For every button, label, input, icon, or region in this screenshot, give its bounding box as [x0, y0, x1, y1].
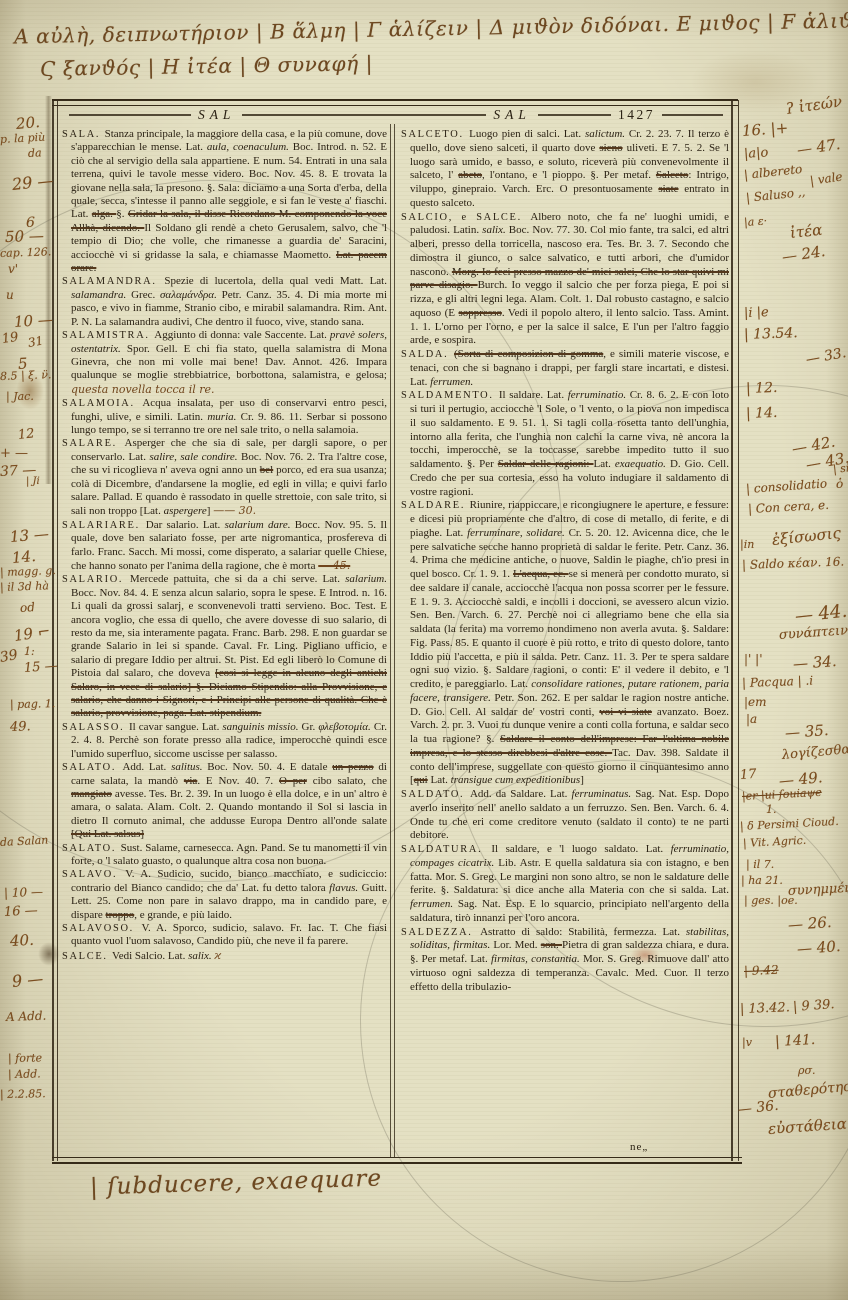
entry-text-segment: [Qui Lat. salsus] — [71, 828, 144, 840]
top-marginalia-line-2: Ϛ ξανϑός | Η ἰτέα | Θ συναφή | — [40, 51, 373, 81]
margin-note: 15 — — [23, 659, 58, 676]
entry-text-segment: §. — [116, 208, 128, 220]
margin-note: 1: — [24, 645, 35, 658]
entry-salce: SALCE. Vedi Salcio. Lat. salix. ϰ — [62, 949, 387, 963]
entry-text-segment: Lor. Med. — [493, 939, 540, 951]
margin-note: | 10 — — [4, 885, 43, 900]
entry-text-segment: Mercede pattuita, che si da a chi serve.… — [130, 573, 345, 585]
margin-note: | 13.42. — [740, 1000, 790, 1017]
entry-text-segment: transigue cum expeditionibus — [451, 774, 581, 786]
entry-text-segment: alga. — [92, 208, 116, 220]
margin-note: 9 — — [11, 969, 44, 991]
entry-text-segment: ϰ — [214, 949, 221, 962]
entry-text-segment: se si menerà per condotto murato, si dee… — [410, 568, 729, 690]
head-rule-segment — [662, 114, 723, 115]
entry-saldamento: SALDAMENTO. Il saldare. Lat. ferruminati… — [401, 389, 729, 499]
margin-note: ὁ — [836, 477, 843, 491]
entry-text-segment: Astratto di saldo: Stabilità, fermezza. … — [480, 926, 686, 938]
entry-text-segment: Add. Lat. — [122, 761, 171, 773]
entry-text-segment: qui — [414, 774, 428, 786]
margin-note: ρσ. — [798, 1064, 815, 1077]
margin-note: od — [20, 600, 36, 615]
entry-text-segment: Saldar delle ragioni: — [498, 458, 594, 470]
margin-note: 10 — — [13, 310, 53, 331]
head-rule-segment — [242, 114, 486, 115]
entry-salare: SALARE. Asperger che che sia di sale, pe… — [62, 437, 387, 518]
margin-note: | pag. 1. — [10, 697, 56, 711]
entry-text-segment: Il saldare, e 'l luogo saldato. Lat. — [491, 843, 670, 855]
margin-note: | 9.42 — [744, 963, 779, 978]
scanned-dictionary-page: Α αὐλὴ, δειπνωτήριον | Β ἅλμη | Γ ἁλίζει… — [0, 0, 848, 1300]
margin-note: λογίζεσθαι — [781, 742, 848, 763]
entry-salasso: SALASSO. Il cavar sangue. Lat. sanguinis… — [62, 721, 387, 761]
entry-text-segment: flavus. — [329, 882, 362, 894]
entry-text-segment: (Sorta di composizion di gomma — [454, 348, 603, 360]
headword: SALAVOSO. — [62, 923, 142, 934]
margin-note: | Saldo κέαν. 16. — [742, 554, 845, 572]
margin-note: | 141. — [775, 1032, 816, 1050]
entry-text-segment: Sag. Nat. Esp. E lo squarcio, principiat… — [410, 898, 729, 924]
headword: SALDEZZA. — [401, 927, 480, 938]
entry-text-segment: ferruminatus. — [572, 788, 636, 800]
margin-note: | 9 39. — [792, 997, 835, 1015]
margin-note: — 35. — [784, 721, 829, 742]
entry-saldato: SALDATO. Add. da Saldare. Lat. ferrumina… — [401, 788, 729, 843]
entry-saldare: SALDARE. Riunire, riappiccare, e ricongi… — [401, 499, 729, 788]
entry-text-segment: , e grande, e più laido. — [134, 909, 232, 921]
entry-text-segment: ] — [580, 774, 584, 786]
left-border-rule — [52, 100, 58, 1161]
right-border-rule — [731, 100, 739, 1161]
margin-note: | Jac. — [6, 390, 34, 403]
entry-text-segment: sanguinis missio. — [222, 721, 301, 733]
headword: SALCIO, e SALCE. — [401, 212, 530, 223]
margin-note: 50 — — [5, 227, 44, 246]
margin-note: 17 — [739, 767, 757, 783]
margin-note: + — — [0, 446, 28, 461]
margin-note: 49. — [10, 719, 31, 735]
margin-note: εὐστάθεια — [767, 1115, 847, 1138]
headword: SALAVO. — [62, 869, 125, 880]
entry-text-segment: ferrumen. — [410, 898, 458, 910]
margin-note: 16 — — [4, 903, 38, 920]
entry-text-segment: avesse. Tes. Br. 2. 39. In un luogo è el… — [71, 788, 387, 827]
entry-salamistra: SALAMISTRA. Aggiunto di donna: vale Sacc… — [62, 329, 387, 397]
margin-note: 13 — — [9, 525, 49, 546]
entry-text-segment: troppo — [106, 909, 135, 921]
margin-note: | 2.2.85. — [0, 1087, 46, 1101]
entry-text-segment: questa novella tocca il re. — [71, 383, 215, 396]
catchword: ne„ — [630, 1141, 648, 1153]
margin-note: |v — [742, 1036, 752, 1049]
entry-text-segment: via — [184, 775, 197, 787]
entry-text-segment: , l'ontano, e 'l pioppo. §. Per metaf. — [482, 169, 656, 181]
margin-note: 12 — [17, 426, 35, 443]
entry-text-segment: Il cavar sangue. Lat. — [129, 721, 222, 733]
entry-text-segment: salictum. — [585, 128, 629, 140]
head-rule-segment — [69, 114, 191, 115]
running-head-row: SAL SAL 1427 — [62, 107, 730, 123]
entry-salariare: SALARIARE. Dar salario. Lat. salarium da… — [62, 519, 387, 574]
entry-text-segment: exaequatio. — [615, 458, 670, 470]
margin-note: da Salan — [0, 833, 49, 849]
entry-salato: SALATO. Add. Lat. salitus. Boc. Nov. 50.… — [62, 761, 387, 841]
running-head-left: SAL — [198, 107, 236, 123]
entry-text-segment: ferruminare, solidare. — [467, 527, 569, 539]
margin-note: | magg. g. — [0, 564, 56, 579]
dictionary-column-left: SALA. Stanza principale, la maggiore del… — [62, 128, 387, 1155]
entry-text-segment: Lat. — [594, 458, 615, 470]
margin-note: v' — [8, 262, 18, 276]
entry-text-segment: sieno — [599, 142, 622, 154]
entry-text-segment: salitus. — [171, 761, 207, 773]
entry-salavo: SALAVO. V. A. Sudicio, sucido, bianco ma… — [62, 868, 387, 922]
entry-sala: SALA. Stanza principale, la maggiore del… — [62, 128, 387, 275]
entry-text-segment: un pezzo — [332, 761, 373, 773]
headword: SALASSO. — [62, 722, 129, 733]
entry-text-segment: — 45. — [318, 559, 350, 572]
margin-note: 20. — [15, 113, 40, 133]
margin-note: A Add. — [6, 1009, 47, 1024]
entry-text-segment: firmitas, constantia. — [491, 953, 583, 965]
margin-note: | il 7. — [746, 858, 774, 871]
entry-text-segment: Vedi Salcio. Lat. — [112, 950, 188, 962]
margin-note: | Pacqua | .i — [742, 674, 814, 690]
entry-salato: SALATO. Sust. Salame, carnesecca. Agn. P… — [62, 842, 387, 869]
margin-note: u — [6, 288, 14, 302]
margin-note: σταθερότησι — [767, 1078, 848, 1102]
entry-text-segment: salix. — [482, 224, 509, 236]
entry-text-segment: salire, sale condire. — [149, 451, 241, 463]
margin-note: — 40. — [796, 937, 841, 958]
entry-text-segment: Salceto — [656, 169, 688, 181]
headword: SALCETO. — [401, 129, 469, 140]
margin-note: | δ Persimi Cioud. — [740, 815, 839, 833]
margin-note: 40. — [10, 931, 35, 950]
margin-note: | forte — [8, 1051, 42, 1065]
margin-note: da — [28, 146, 42, 160]
entry-text-segment: φλεβοτομία. — [318, 721, 374, 733]
top-border-rule — [52, 99, 738, 106]
running-head-right: SAL — [493, 107, 531, 123]
headword: SALARIO. — [62, 574, 130, 585]
entry-text-segment: Lat. — [428, 774, 451, 786]
margin-note: |em — [744, 695, 767, 709]
entry-text-segment: soppresso — [459, 307, 502, 319]
margin-note: 31 — [27, 333, 44, 349]
entry-text-segment: Dar salario. Lat. — [146, 519, 225, 531]
margin-note: | albereto — [743, 162, 803, 182]
margin-note: | Ji — [26, 476, 40, 487]
headword: SALAMOIA. — [62, 398, 142, 409]
entry-text-segment: salix. — [188, 950, 214, 962]
entry-text-segment: . E Nov. 40. 7. — [197, 775, 279, 787]
entry-saldatura: SALDATURA. Il saldare, e 'l luogo saldat… — [401, 843, 729, 926]
entry-text-segment: abeto — [458, 169, 482, 181]
entry-text-segment: bel — [260, 464, 273, 476]
entry-text-segment: —— 30. — [213, 504, 256, 517]
headword: SALDAMENTO. — [401, 390, 499, 401]
entry-salamandra: SALAMANDRA. Spezie di lucertola, della q… — [62, 275, 387, 329]
margin-note: | Con cera, e. — [748, 498, 830, 516]
margin-note: — 34. — [792, 652, 837, 673]
margin-note: 19 — [1, 330, 19, 347]
margin-note: ʔ ἰτεών — [785, 92, 843, 118]
bottom-marginalia-line: | ſubducere, exaequare — [90, 1165, 383, 1200]
entry-text-segment: Luogo pien di salci. Lat. — [469, 128, 585, 140]
margin-note: — 24. — [781, 242, 827, 266]
entry-text-segment: ferruminatio. — [568, 389, 630, 401]
margin-note: ἐξίσωσις — [771, 524, 842, 549]
margin-note: 16. |+ — [741, 119, 788, 140]
entry-text-segment: Grec. — [131, 289, 160, 301]
margin-note: συνάπτειν — [778, 623, 848, 643]
margin-note: | 12. — [746, 380, 778, 397]
entry-text-segment: aula, coenaculum. — [207, 141, 293, 153]
margin-note: |' |' — [744, 652, 763, 666]
margin-note: 8.5 | ξ. ν̈. — [0, 368, 52, 383]
entry-text-segment: Add. da Saldare. Lat. — [470, 788, 572, 800]
entry-text-segment: Aggiunto di donna: vale Saccente. Lat. — [154, 329, 330, 341]
headword: SALCE. — [62, 951, 112, 962]
margin-note: — 26. — [787, 913, 832, 934]
entry-text-segment: muria. — [207, 411, 240, 423]
margin-note: | 13.54. — [744, 325, 798, 343]
entry-text-segment: siate — [658, 183, 678, 195]
margin-note: | consolidatio — [746, 476, 828, 496]
margin-note: — 47. — [796, 135, 842, 159]
entry-text-segment: salamandra. — [71, 289, 131, 301]
margin-note: |er |ui ſouiaψe — [742, 786, 822, 803]
page-fold-shadow — [45, 96, 52, 484]
entry-text-segment: cibo salato, che — [307, 775, 387, 787]
entry-text-segment: mangiato — [71, 788, 112, 800]
margin-note: 1. — [766, 803, 777, 816]
entry-text-segment: O per — [279, 775, 307, 787]
headword: SALDATURA. — [401, 844, 491, 855]
entry-text-segment: Bocc. Nov. 84. 4. E senza alcun salario,… — [71, 587, 387, 679]
margin-note: 19 ⌐ — [13, 622, 52, 645]
margin-note: | vale — [809, 170, 843, 188]
entry-text-segment: aspergere — [164, 505, 207, 517]
entry-text-segment: ferrumen. — [430, 376, 473, 388]
entry-text-segment: Gr. — [302, 721, 319, 733]
margin-note: — 33. — [805, 345, 848, 368]
page-number: 1427 — [618, 107, 655, 123]
headword: SALA. — [62, 129, 105, 140]
top-marginalia-line-1: Α αὐλὴ, δειπνωτήριον | Β ἅλμη | Γ ἁλίζει… — [14, 8, 848, 49]
dictionary-column-right: SALCETO. Luogo pien di salci. Lat. salic… — [401, 128, 729, 1155]
entry-salda: SALDA. (Sorta di composizion di gomma, e… — [401, 348, 729, 389]
margin-note: | Add. — [8, 1067, 41, 1081]
entry-text-segment: son. — [541, 939, 562, 951]
entry-text-segment: salarium dare. — [225, 519, 295, 531]
headword: SALDARE. — [401, 500, 470, 511]
headword: SALDATO. — [401, 789, 470, 800]
entry-salavoso: SALAVOSO. V. A. Sporco, sudicio, salavo.… — [62, 922, 387, 949]
headword: SALAMANDRA. — [62, 276, 164, 287]
margin-note: ἰτέα — [789, 221, 823, 242]
entry-saldezza: SALDEZZA. Astratto di saldo: Stabilità, … — [401, 926, 729, 995]
bottom-border-rule — [52, 1157, 742, 1164]
margin-note: | 14. — [746, 405, 778, 422]
margin-note: | ha 21. — [741, 874, 783, 887]
margin-note: |i |e — [744, 305, 769, 321]
entry-salcioesalce: SALCIO, e SALCE. Albero noto, che fa ne'… — [401, 211, 729, 349]
column-divider-rule — [390, 124, 395, 1158]
margin-note: | il 3d hà — [0, 579, 49, 594]
margin-note: | Saluso ,, — [745, 185, 806, 205]
margin-note: cap. 126. — [0, 245, 51, 260]
margin-note: | ges. |oe. — [744, 894, 798, 907]
margin-note: |a|o — [743, 145, 768, 162]
entry-salamoia: SALAMOIA. Acqua insalata, per uso di con… — [62, 397, 387, 437]
entry-text-segment: σαλαμάνδρα. — [160, 289, 222, 301]
entry-text-segment: Il saldare. Lat. — [499, 389, 568, 401]
headword: SALATO. — [62, 843, 121, 854]
margin-note: p. la più — [0, 131, 46, 146]
margin-note: | Vit. Agric. — [743, 834, 807, 850]
margin-note: 39 — [0, 647, 19, 666]
margin-note: |a — [746, 712, 757, 726]
entry-salceto: SALCETO. Luogo pien di salci. Lat. salic… — [401, 128, 729, 211]
headword: SALDA. — [401, 349, 454, 360]
headword: SALATO. — [62, 762, 122, 773]
entry-salario: SALARIO. Mercede pattuita, che si da a c… — [62, 573, 387, 720]
margin-note: — 36. — [737, 1098, 779, 1118]
headword: SALAMISTRA. — [62, 330, 154, 341]
head-rule-segment — [538, 114, 611, 115]
headword: SALARE. — [62, 438, 125, 449]
margin-note: |in — [740, 538, 754, 551]
entry-text-segment: salarium. — [345, 573, 387, 585]
entry-text-segment: Boc. Nov. 50. 4. E datale — [207, 761, 332, 773]
entry-text-segment: Spezie di lucertola, della qual vedi Mat… — [164, 275, 387, 287]
entry-text-segment: L'acqua, ec. — [513, 568, 569, 580]
headword: SALARIARE. — [62, 520, 146, 531]
margin-note: |a ε· — [744, 214, 768, 229]
entry-text-segment: voi vi siate — [599, 706, 652, 718]
